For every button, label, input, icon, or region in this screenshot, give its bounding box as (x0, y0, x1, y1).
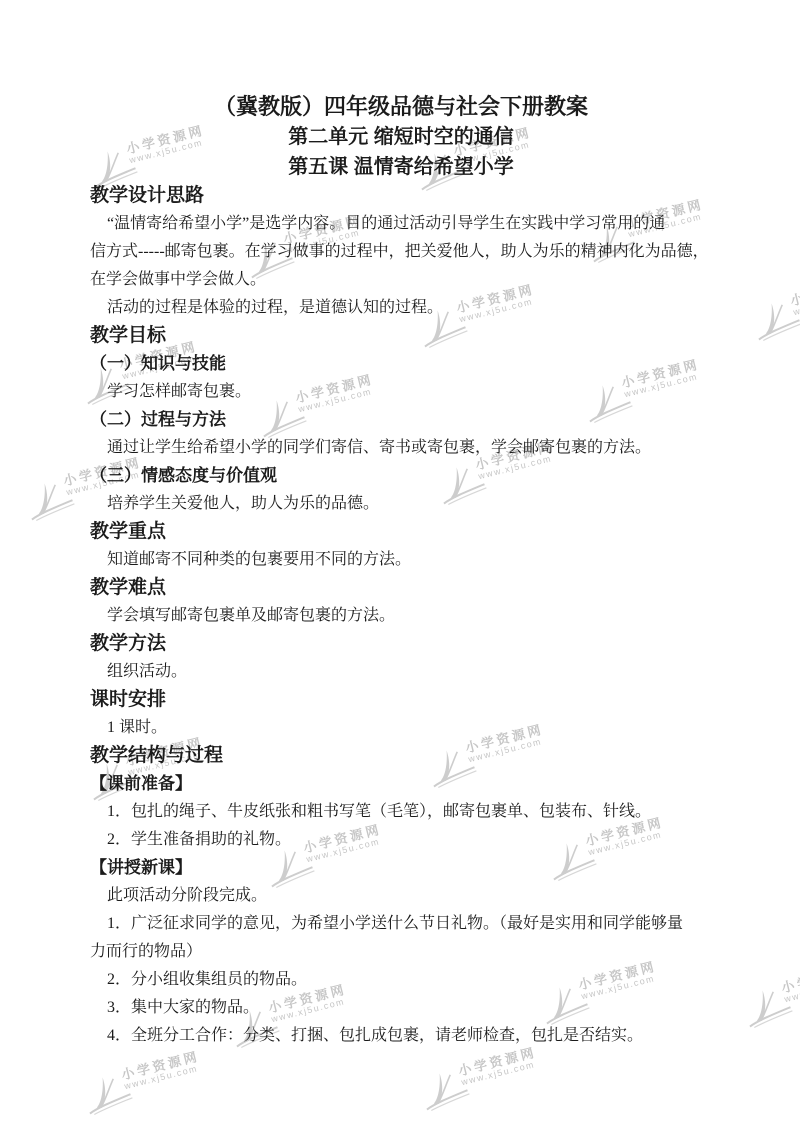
watermark-site-url: www.xj5u.com (793, 289, 800, 318)
section-heading: 课时安排 (90, 686, 712, 714)
watermark-text: 小学资源网 www.xj5u.com (789, 276, 800, 319)
watermark-site-name: 小学资源网 (457, 1046, 538, 1079)
paragraph-line: 在学会做事中学会做人。 (90, 266, 712, 294)
paragraph-line: 信方式-----邮寄包裹。在学习做事的过程中，把关爱他人，助人为乐的精神内化为品… (90, 238, 712, 266)
paragraph-line: 活动的过程是体验的过程，是道德认知的过程。 (90, 294, 712, 322)
section-heading: 教学设计思路 (90, 182, 712, 210)
list-item: 4．全班分工合作：分类、打捆、包扎成包裹，请老师检查，包扎是否结实。 (90, 1022, 712, 1050)
subsection-heading: （三）情感态度与价值观 (90, 462, 712, 490)
watermark-site-url: www.xj5u.com (784, 976, 800, 1005)
watermark: 小学资源网 www.xj5u.com (80, 1044, 236, 1114)
list-item: 2．学生准备捐助的礼物。 (90, 826, 712, 854)
paragraph-line: 此项活动分阶段完成。 (90, 882, 712, 910)
paragraph-line: 学习怎样邮寄包裹。 (90, 378, 712, 406)
list-item: 1．包扎的绳子、牛皮纸张和粗书写笔（毛笔），邮寄包裹单、包装布、针线。 (90, 798, 712, 826)
subsection-heading: （二）过程与方法 (90, 406, 712, 434)
watermark-site-name: 小学资源网 (789, 276, 800, 309)
watermark-text: 小学资源网 www.xj5u.com (780, 963, 800, 1006)
lesson-plan-document: （冀教版）四年级品德与社会下册教案 第二单元 缩短时空的通信 第五课 温情寄给希… (90, 92, 712, 1050)
section-heading: 教学结构与过程 (90, 742, 712, 770)
unit-title: 第二单元 缩短时空的通信 (90, 122, 712, 152)
watermark-site-url: www.xj5u.com (124, 1063, 204, 1092)
section-heading: 教学难点 (90, 574, 712, 602)
watermark-text: 小学资源网 www.xj5u.com (457, 1046, 540, 1089)
lesson-title: 第五课 温情寄给希望小学 (90, 152, 712, 182)
paragraph-line: 知道邮寄不同种类的包裹要用不同的方法。 (90, 546, 712, 574)
watermark: 小学资源网 www.xj5u.com (417, 1040, 573, 1110)
paragraph-line: 组织活动。 (90, 658, 712, 686)
watermark: 小学资源网 www.xj5u.com (740, 957, 800, 1027)
paragraph-line: 培养学生关爱他人，助人为乐的品德。 (90, 490, 712, 518)
list-item: 2．分小组收集组员的物品。 (90, 966, 712, 994)
paragraph-line: “温情寄给希望小学”是选学内容。目的通过活动引导学生在实践中学习常用的通 (90, 210, 712, 238)
watermark-site-name: 小学资源网 (780, 963, 800, 996)
paragraph-line: 1 课时。 (90, 714, 712, 742)
section-heading: 教学目标 (90, 322, 712, 350)
watermark-site-url: www.xj5u.com (461, 1059, 541, 1088)
document-page: { "watermark": { "site_name": "小学资源网", "… (0, 0, 800, 1132)
watermark-site-name: 小学资源网 (120, 1050, 201, 1083)
watermark: 小学资源网 www.xj5u.com (749, 270, 800, 340)
section-heading: 教学方法 (90, 630, 712, 658)
subsection-heading: （一）知识与技能 (90, 350, 712, 378)
section-heading: 教学重点 (90, 518, 712, 546)
list-item: 3．集中大家的物品。 (90, 994, 712, 1022)
bracket-heading: 【课前准备】 (90, 770, 712, 798)
page-canvas: 小学资源网 www.xj5u.com 小学资源网 www.xj5u.com (0, 0, 800, 1132)
document-title: （冀教版）四年级品德与社会下册教案 (90, 92, 712, 122)
paragraph-line: 通过让学生给希望小学的同学们寄信、寄书或寄包裹，学会邮寄包裹的方法。 (90, 434, 712, 462)
list-item-continuation: 力而行的物品） (90, 938, 712, 966)
paragraph-line: 学会填写邮寄包裹单及邮寄包裹的方法。 (90, 602, 712, 630)
list-item: 1．广泛征求同学的意见，为希望小学送什么节日礼物。（最好是实用和同学能够量 (90, 910, 712, 938)
bracket-heading: 【讲授新课】 (90, 854, 712, 882)
watermark-text: 小学资源网 www.xj5u.com (120, 1050, 203, 1093)
